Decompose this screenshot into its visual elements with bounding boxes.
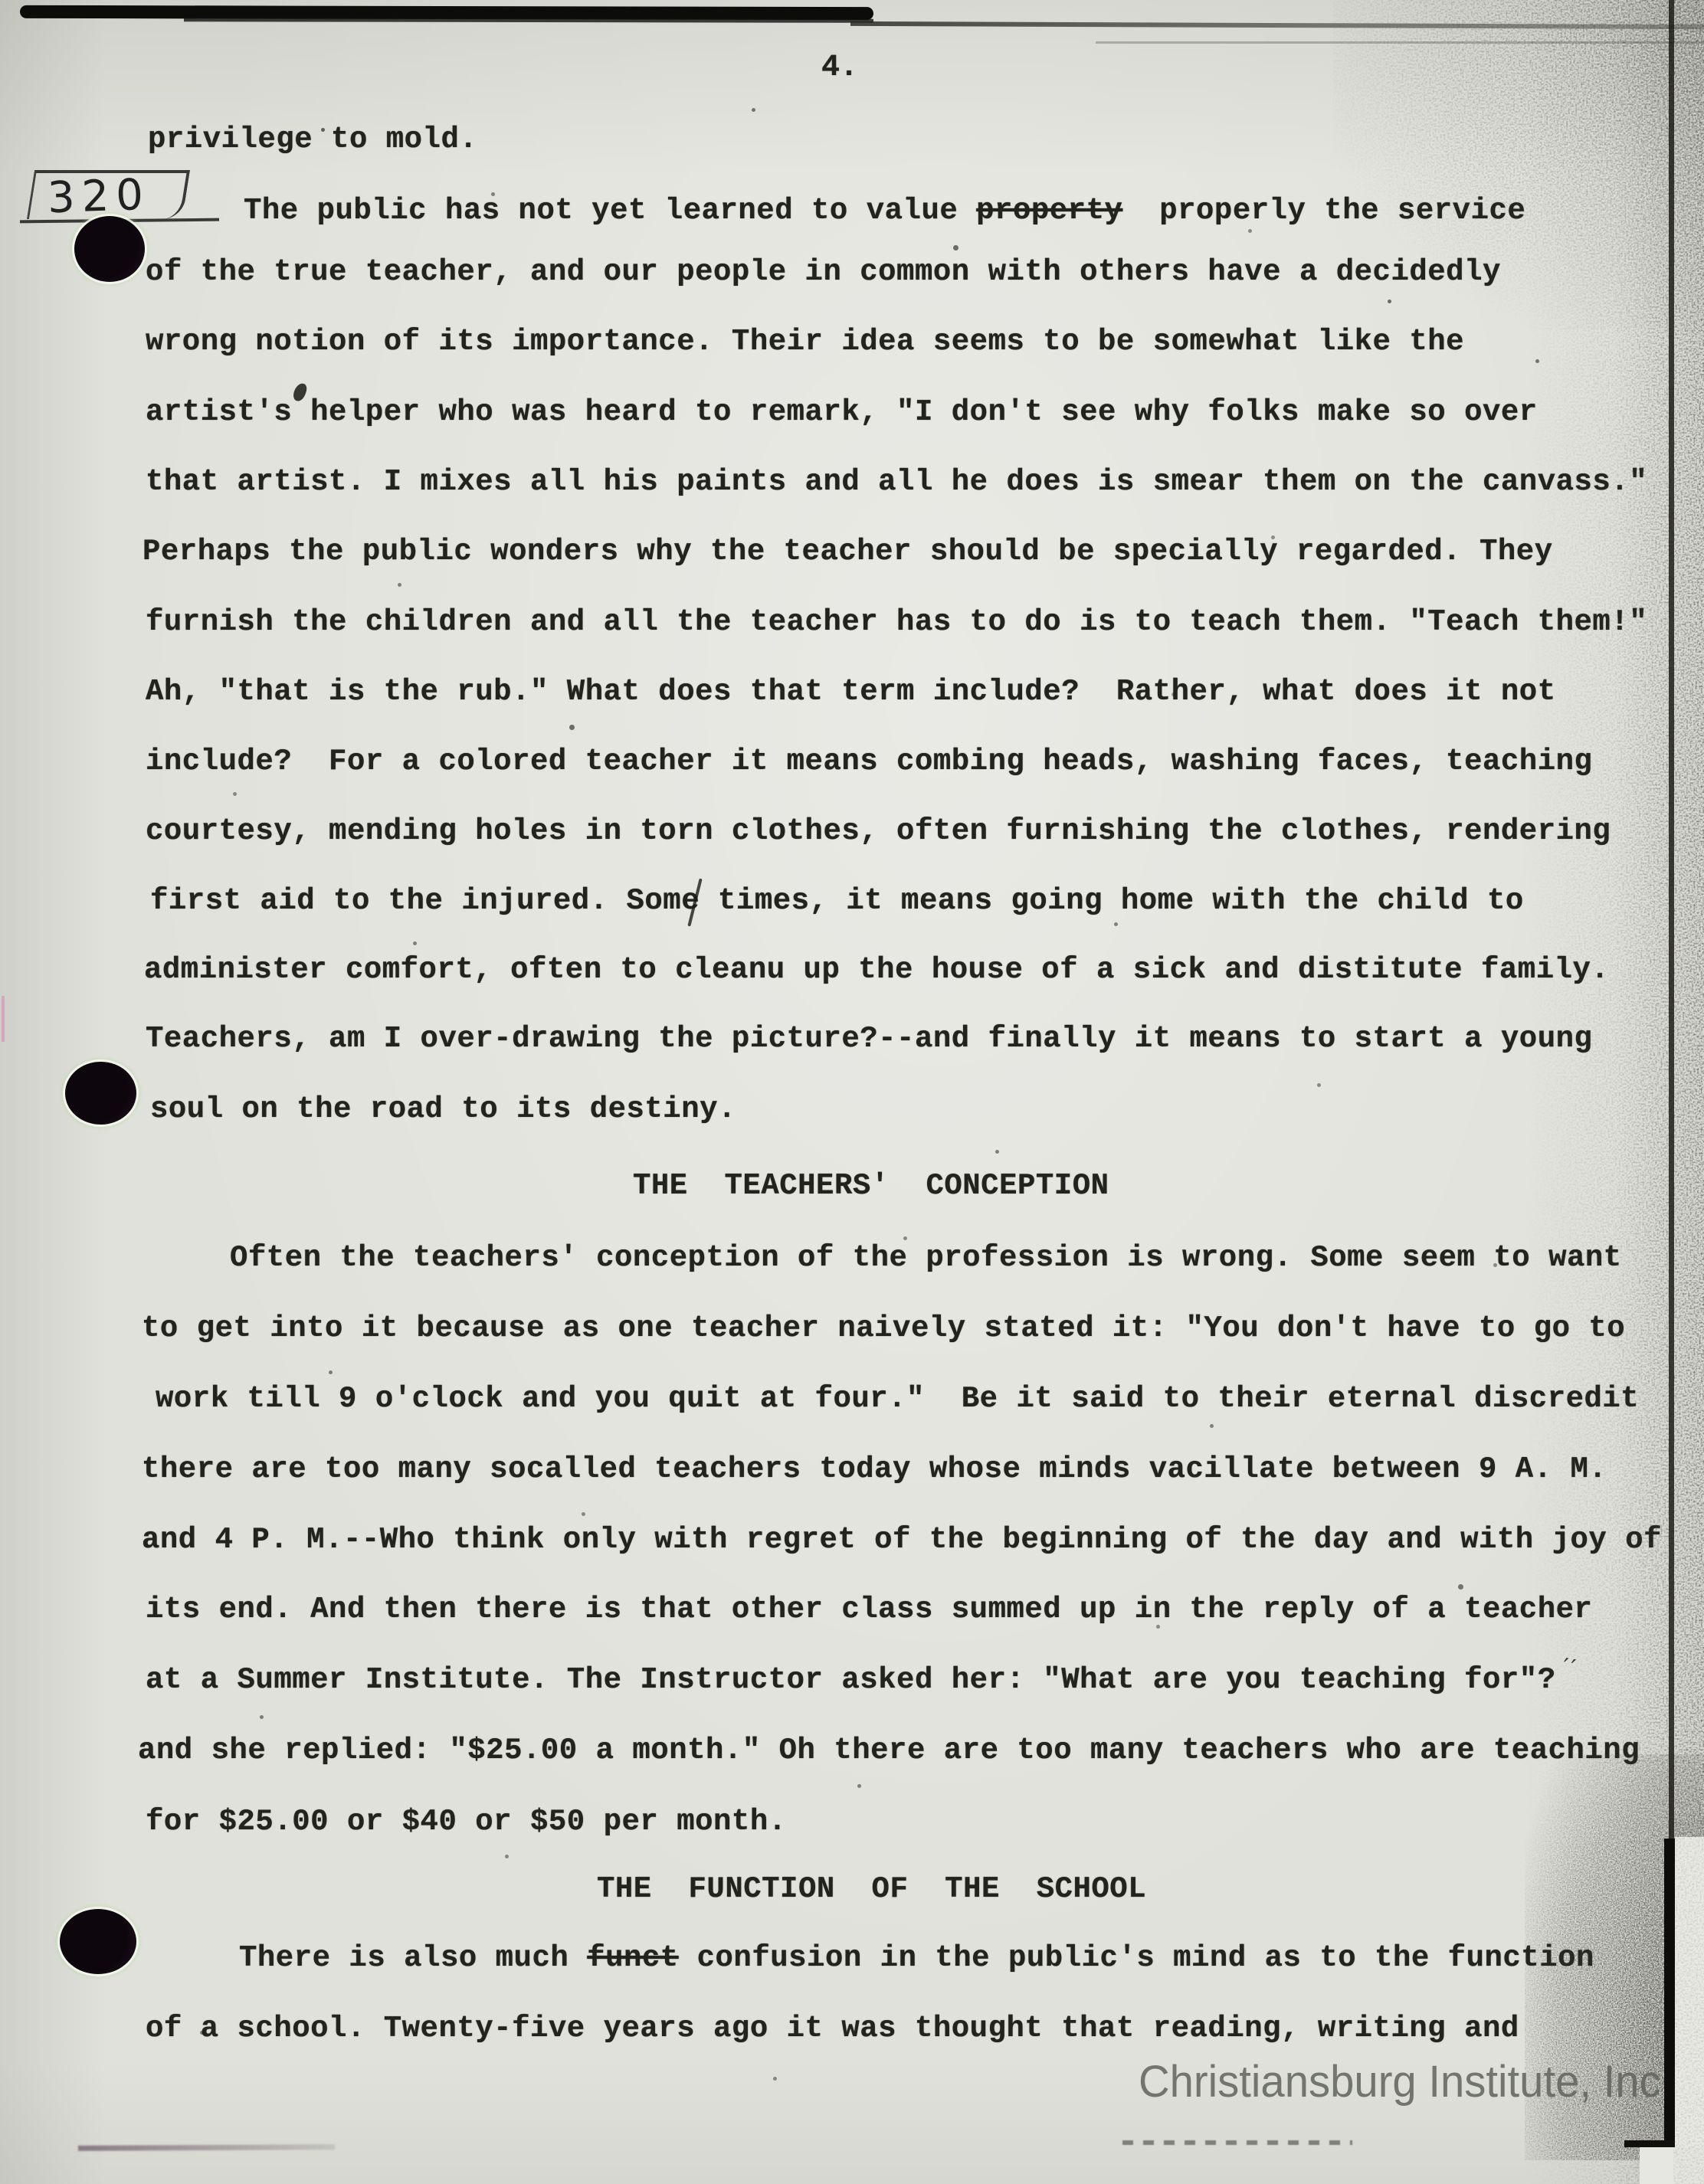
typed-text: THE TEACHERS' CONCEPTION bbox=[633, 1169, 1109, 1203]
typed-line: Often the teachers' conception of the pr… bbox=[230, 1243, 1622, 1273]
typed-text: THE FUNCTION OF THE SCHOOL bbox=[597, 1872, 1146, 1906]
scanned-document-page: 4. 320 privilege to mold.The public has … bbox=[0, 0, 1704, 2184]
typed-line: Teachers, am I over-drawing the picture?… bbox=[146, 1024, 1592, 1054]
paper-specks bbox=[0, 0, 2, 2]
typed-text: that artist. I mixes all his paints and … bbox=[146, 465, 1647, 499]
typed-line: and she replied: "$25.00 a month." Oh th… bbox=[138, 1736, 1640, 1766]
typed-text: and she replied: "$25.00 a month." Oh th… bbox=[138, 1734, 1640, 1767]
typed-line: to get into it because as one teacher na… bbox=[142, 1314, 1625, 1344]
typed-text: administer comfort, often to cleanu up t… bbox=[144, 953, 1609, 987]
typed-line: Ah, "that is the rub." What does that te… bbox=[146, 677, 1556, 707]
typed-line: include? For a colored teacher it means … bbox=[146, 747, 1592, 777]
scan-color-fringe bbox=[2, 996, 5, 1042]
typed-text: to get into it because as one teacher na… bbox=[142, 1311, 1625, 1345]
typed-text: work till 9 o'clock and you quit at four… bbox=[156, 1382, 1639, 1416]
section-heading: THE TEACHERS' CONCEPTION bbox=[633, 1171, 1109, 1201]
scan-smudge bbox=[78, 2144, 335, 2151]
typed-line: wrong notion of its importance. Their id… bbox=[146, 327, 1464, 357]
typed-line: there are too many socalled teachers tod… bbox=[142, 1455, 1607, 1485]
typed-line: and 4 P. M.--Who think only with regret … bbox=[142, 1525, 1662, 1555]
typed-line: Perhaps the public wonders why the teach… bbox=[143, 537, 1553, 567]
archive-number: 320 bbox=[47, 170, 151, 224]
hole-punch bbox=[74, 216, 145, 282]
typed-text: privilege to mold. bbox=[148, 123, 477, 156]
scan-edge-line bbox=[1096, 41, 1704, 44]
typed-text: of a school. Twenty-five years ago it wa… bbox=[146, 2012, 1519, 2045]
typed-text: properly the service bbox=[1122, 194, 1525, 228]
typed-line: privilege to mold. bbox=[148, 125, 477, 155]
typed-line: for $25.00 or $40 or $50 per month. bbox=[146, 1807, 787, 1837]
handwritten-tick: ′′ bbox=[1560, 1656, 1579, 1681]
typed-text: there are too many socalled teachers tod… bbox=[142, 1452, 1607, 1486]
typed-text: at a Summer Institute. The Instructor as… bbox=[146, 1663, 1556, 1697]
typed-line: first aid to the injured. Some times, it… bbox=[150, 886, 1524, 916]
typed-text: of the true teacher, and our people in c… bbox=[146, 255, 1501, 289]
typed-line: its end. And then there is that other cl… bbox=[146, 1595, 1592, 1625]
typed-text: wrong notion of its importance. Their id… bbox=[146, 325, 1464, 359]
typed-line: soul on the road to its destiny. bbox=[150, 1095, 736, 1125]
typed-text: furnish the children and all the teacher… bbox=[146, 605, 1647, 639]
scan-edge-bar bbox=[184, 18, 873, 23]
typed-text: first aid to the injured. Some times, it… bbox=[150, 884, 1524, 918]
typed-line: artist's helper who was heard to remark,… bbox=[146, 398, 1538, 427]
typed-line: work till 9 o'clock and you quit at four… bbox=[156, 1384, 1639, 1414]
typed-line: There is also much funct confusion in th… bbox=[239, 1943, 1594, 1973]
typed-text: Often the teachers' conception of the pr… bbox=[230, 1241, 1622, 1275]
typed-line: furnish the children and all the teacher… bbox=[146, 607, 1647, 637]
typed-text: its end. And then there is that other cl… bbox=[146, 1593, 1592, 1626]
typed-text: Ah, "that is the rub." What does that te… bbox=[146, 675, 1556, 709]
typed-text: confusion in the public's mind as to the… bbox=[679, 1941, 1594, 1975]
typed-line: The public has not yet learned to value … bbox=[244, 196, 1525, 226]
typed-text: artist's helper who was heard to remark,… bbox=[146, 395, 1538, 429]
section-heading: THE FUNCTION OF THE SCHOOL bbox=[597, 1875, 1146, 1904]
typed-line: of the true teacher, and our people in c… bbox=[146, 257, 1501, 287]
typed-text: courtesy, mending holes in torn clothes,… bbox=[146, 814, 1611, 848]
typed-text: The public has not yet learned to value bbox=[244, 194, 976, 228]
typed-line: at a Summer Institute. The Instructor as… bbox=[146, 1665, 1577, 1695]
scan-smudge bbox=[1122, 2140, 1352, 2145]
typed-text: and 4 P. M.--Who think only with regret … bbox=[142, 1523, 1662, 1557]
hole-punch bbox=[60, 1909, 136, 1974]
hole-punch bbox=[65, 1062, 136, 1125]
scan-edge-line bbox=[850, 21, 1704, 29]
typed-text: include? For a colored teacher it means … bbox=[146, 745, 1592, 778]
struck-word: funct bbox=[587, 1941, 679, 1975]
typed-line: of a school. Twenty-five years ago it wa… bbox=[146, 2014, 1519, 2044]
typed-line: administer comfort, often to cleanu up t… bbox=[144, 955, 1609, 985]
struck-word: property bbox=[976, 194, 1122, 228]
typed-text: Perhaps the public wonders why the teach… bbox=[143, 535, 1553, 568]
typed-line: courtesy, mending holes in torn clothes,… bbox=[146, 817, 1611, 846]
typed-text: for $25.00 or $40 or $50 per month. bbox=[146, 1805, 787, 1839]
typed-text: Teachers, am I over-drawing the picture?… bbox=[146, 1022, 1592, 1056]
page-number: 4. bbox=[821, 51, 858, 85]
typed-line: that artist. I mixes all his paints and … bbox=[146, 467, 1647, 497]
watermark: Christiansburg Institute, Inc bbox=[1139, 2056, 1661, 2107]
typed-text: There is also much bbox=[239, 1941, 587, 1975]
typed-text: soul on the road to its destiny. bbox=[150, 1092, 736, 1126]
